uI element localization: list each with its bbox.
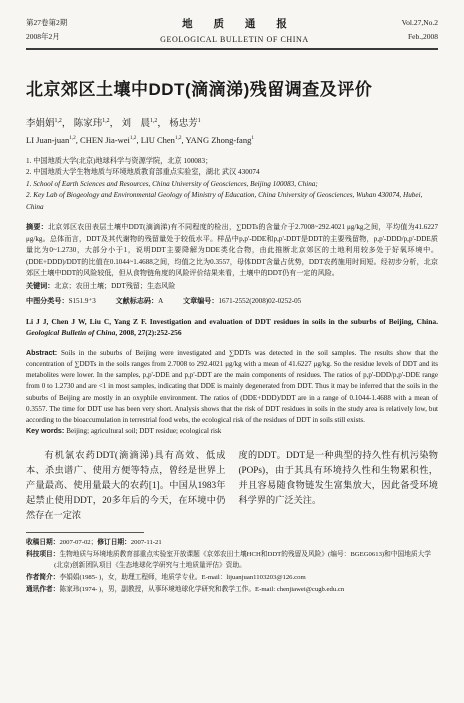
footnote-dates: 收稿日期：2007-07-02；修订日期：2007-11-21 bbox=[26, 537, 438, 548]
author-cn: 刘 晨1,2， bbox=[122, 119, 167, 129]
document-code: 文献标志码：A bbox=[116, 297, 164, 305]
authors-en: LI Juan-juan1,2, CHEN Jia-wei1,2, LIU Ch… bbox=[26, 135, 438, 145]
affiliation-cn-2: 2. 中国地质大学生物地质与环境地质教育部重点实验室，湖北 武汉 430074 bbox=[26, 167, 438, 179]
keywords-en: Key words: Beijing; agricultural soil; D… bbox=[26, 427, 438, 435]
volume-issue-cn: 第27卷第2期 bbox=[26, 16, 67, 30]
author-cn: 杨忠芳1 bbox=[169, 119, 200, 129]
journal-name-cn: 地 质 通 报 bbox=[160, 16, 309, 31]
header-left: 第27卷第2期 2008年2月 bbox=[26, 16, 67, 45]
journal-name-en: GEOLOGICAL BULLETIN OF CHINA bbox=[160, 35, 309, 44]
volume-issue-en: Vol.27,No.2 bbox=[402, 16, 438, 30]
author-en: LI Juan-juan1,2, bbox=[26, 135, 80, 145]
abstract-en: Abstract: Soils in the suburbs of Beijin… bbox=[26, 348, 438, 426]
author-en: YANG Zhong-fang1 bbox=[185, 135, 254, 145]
abstract-cn-text: 北京郊区农田表层土壤中DDT(滴滴涕)有不同程度的检出，∑DDTs的含量介于2.… bbox=[26, 223, 438, 277]
classification-line: 中图分类号：S151.9⁺3 文献标志码：A 文章编号：1671-2552(20… bbox=[26, 296, 438, 306]
author-cn: 李娟娟1,2， bbox=[26, 119, 71, 129]
footnote-fund: 科技项目：生物地质与环境地质教育部重点实验室开放课题《京郊农田土壤HCH和DDT… bbox=[26, 549, 438, 571]
abstract-en-label: Abstract: bbox=[26, 349, 61, 357]
journal-header: 第27卷第2期 2008年2月 地 质 通 报 GEOLOGICAL BULLE… bbox=[26, 16, 438, 45]
abstract-cn: 摘要：北京郊区农田表层土壤中DDT(滴滴涕)有不同程度的检出，∑DDTs的含量介… bbox=[26, 222, 438, 279]
abstract-cn-label: 摘要： bbox=[26, 223, 48, 231]
journal-name-italic: Geological Bulletin of China bbox=[26, 328, 115, 337]
affiliations: 1. 中国地质大学(北京)地球科学与资源学院，北京 100083； 2. 中国地… bbox=[26, 156, 438, 214]
header-center: 地 质 通 报 GEOLOGICAL BULLETIN OF CHINA bbox=[160, 16, 309, 44]
footnote-corresponding-author: 通讯作者：陈家玮(1974- )，男，副教授，从事环境地球化学研究和教学工作。E… bbox=[26, 584, 438, 595]
article-title: 北京郊区土壤中DDT(滴滴涕)残留调查及评价 bbox=[26, 75, 438, 100]
footnotes: 收稿日期：2007-07-02；修订日期：2007-11-21 科技项目：生物地… bbox=[26, 537, 438, 595]
affiliation-en-2: 2. Key Lab of Biogeology and Environment… bbox=[26, 190, 438, 213]
keywords-en-label: Key words: bbox=[26, 427, 66, 435]
body-column-right: 度的DDT。DDT是一种典型的持久性有机污染物(POPs)，由于其具有环境持久性… bbox=[239, 448, 439, 523]
keywords-cn: 关键词：北京；农田土壤；DDT残留；生态风险 bbox=[26, 281, 438, 291]
footnote-author-bio: 作者简介：李娟娟(1985- )，女，助理工程师，地质学专业。E-mail：li… bbox=[26, 572, 438, 583]
english-citation: Li J J, Chen J W, Liu C, Yang Z F. Inves… bbox=[26, 316, 438, 339]
affiliation-en-1: 1. School of Earth Sciences and Resource… bbox=[26, 179, 438, 191]
date-en: Feb.,2008 bbox=[402, 30, 438, 44]
affiliation-cn-1: 1. 中国地质大学(北京)地球科学与资源学院，北京 100083； bbox=[26, 156, 438, 168]
author-en: CHEN Jia-wei1,2, bbox=[80, 135, 141, 145]
clc-number: 中图分类号：S151.9⁺3 bbox=[26, 297, 96, 305]
author-en: LIU Chen1,2, bbox=[141, 135, 186, 145]
article-id: 文章编号：1671-2552(2008)02-0252-05 bbox=[183, 297, 301, 305]
keywords-en-text: Beijing; agricultural soil; DDT residue;… bbox=[66, 427, 221, 435]
header-right: Vol.27,No.2 Feb.,2008 bbox=[402, 16, 438, 45]
abstract-en-text: Soils in the suburbs of Beijing were inv… bbox=[26, 349, 438, 424]
keywords-cn-label: 关键词： bbox=[26, 282, 54, 290]
body-column-left: 有机氯农药DDT(滴滴涕)具有高效、低成本、杀虫谱广、使用方便等特点，曾经是世界… bbox=[26, 448, 226, 523]
keywords-cn-text: 北京；农田土壤；DDT残留；生态风险 bbox=[54, 282, 175, 290]
body-columns: 有机氯农药DDT(滴滴涕)具有高效、低成本、杀虫谱广、使用方便等特点，曾经是世界… bbox=[26, 448, 438, 523]
footnote-rule bbox=[26, 532, 144, 533]
paper-page: 第27卷第2期 2008年2月 地 质 通 报 GEOLOGICAL BULLE… bbox=[0, 0, 464, 703]
author-cn: 陈家玮1,2， bbox=[74, 119, 119, 129]
header-rule bbox=[26, 48, 438, 50]
date-cn: 2008年2月 bbox=[26, 30, 67, 44]
authors-cn: 李娟娟1,2， 陈家玮1,2， 刘 晨1,2， 杨忠芳1 bbox=[26, 115, 438, 129]
